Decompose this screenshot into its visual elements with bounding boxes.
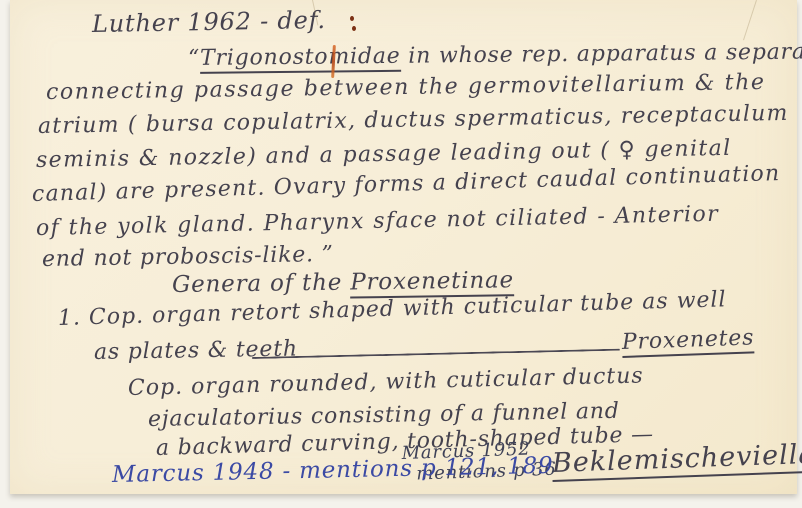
family-name: Trigonostomidae: [200, 44, 401, 74]
genera-heading-prefix: Genera of the: [172, 270, 351, 298]
definition-line-2: connecting passage between the germovite…: [46, 70, 766, 105]
source-citation: Luther 1962 - def.: [92, 6, 326, 38]
key-couplet2-line1: Cop. organ rounded, with cuticular ductu…: [128, 363, 644, 401]
key-leader-line: [252, 349, 620, 359]
definition-line-1: “Trigonostomidae in whose rep. apparatus…: [188, 39, 802, 71]
definition-line-1-rest: in whose rep. apparatus a separate: [400, 39, 802, 68]
scanned-index-card: Luther 1962 - def. “Trigonostomidae in w…: [0, 0, 802, 508]
key-couplet1-line2: as plates & teeth: [94, 336, 298, 365]
index-card: Luther 1962 - def. “Trigonostomidae in w…: [10, 0, 797, 494]
definition-line-7: end not proboscis-like. ”: [42, 242, 334, 272]
crease-line: [743, 0, 757, 40]
ink-spot: [350, 16, 354, 21]
genus-proxenetes: Proxenetes: [622, 325, 755, 358]
ink-spot: [352, 26, 356, 31]
definition-line-6: of the yolk gland. Pharynx sface not cil…: [36, 202, 720, 241]
definition-line-3: atrium ( bursa copulatrix, ductus sperma…: [38, 101, 789, 139]
open-quote: “: [188, 46, 200, 71]
genera-heading: Genera of the Proxenetinae: [172, 267, 514, 298]
